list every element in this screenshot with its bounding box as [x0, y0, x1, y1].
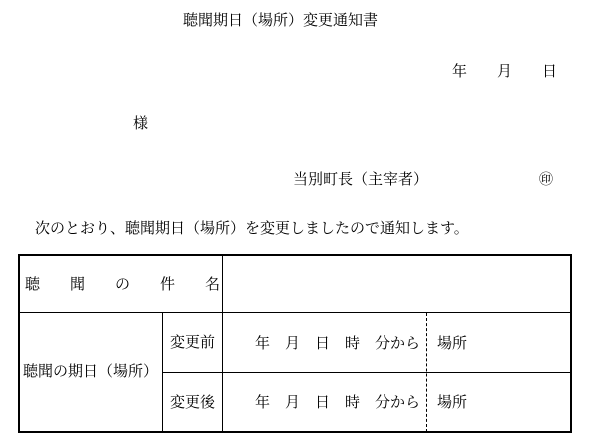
schedule-label-cell: 聴聞の期日（場所）: [23, 364, 158, 379]
seal-stamp-icon: ㊞: [539, 173, 553, 187]
table-gridline-content-column: [222, 254, 223, 433]
before-change-label: 変更前: [170, 335, 215, 350]
before-datetime-text: 年 月 日 時 分から: [255, 336, 420, 351]
after-place-label: 場所: [437, 395, 467, 410]
date-line: 年 月 日: [452, 64, 557, 79]
case-name-char: 件: [160, 277, 175, 292]
before-place-label: 場所: [437, 336, 467, 351]
case-name-char: 聞: [70, 277, 85, 292]
after-change-label: 変更後: [170, 395, 215, 410]
sender-name: 当別町長（主宰者）: [293, 172, 428, 187]
document-title: 聴聞期日（場所）変更通知書: [183, 13, 378, 28]
table-gridline-label-column: [162, 312, 163, 433]
case-name-header-cell: 聴 聞 の 件 名: [25, 277, 220, 292]
table-gridline-row2-bottom: [162, 372, 572, 373]
case-name-char: の: [115, 277, 130, 292]
document-page: 聴聞期日（場所）変更通知書 年 月 日 様 当別町長（主宰者） ㊞ 次のとおり、…: [0, 0, 589, 448]
body-text: 次のとおり、聴聞期日（場所）を変更しましたので通知します。: [35, 221, 469, 236]
case-name-char: 聴: [25, 277, 40, 292]
after-datetime-text: 年 月 日 時 分から: [255, 395, 420, 410]
case-name-char: 名: [205, 277, 220, 292]
addressee-sama-label: 様: [133, 116, 148, 131]
place-dashed-divider: [426, 313, 427, 432]
table-gridline-row1-bottom: [18, 312, 572, 313]
